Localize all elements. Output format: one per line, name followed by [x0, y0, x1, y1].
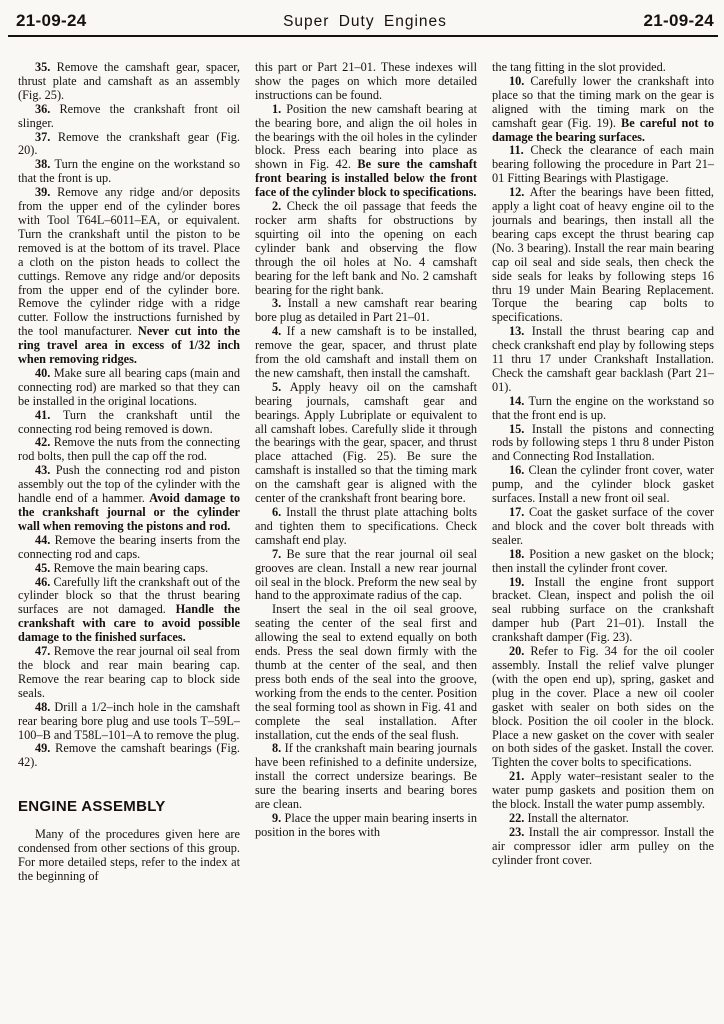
step-number: 23. — [509, 825, 529, 839]
body-text: Insert the seal in the oil seal groove, … — [255, 602, 477, 741]
step-paragraph: 4. If a new camshaft is to be installed,… — [255, 325, 477, 381]
step-number: 21. — [509, 769, 531, 783]
step-paragraph: 14. Turn the engine on the workstand so … — [492, 395, 714, 423]
step-number: 42. — [35, 435, 54, 449]
step-number: 48. — [35, 700, 54, 714]
step-number: 45. — [35, 561, 53, 575]
step-paragraph: 2. Check the oil passage that feeds the … — [255, 200, 477, 297]
body-text: Remove any ridge and/or deposits from th… — [18, 185, 240, 338]
step-paragraph: 9. Place the upper main bearing inserts … — [255, 812, 477, 840]
body-text: Apply heavy oil on the camshaft bearing … — [255, 380, 477, 505]
step-number: 4. — [272, 324, 287, 338]
step-paragraph: 44. Remove the bearing inserts from the … — [18, 534, 240, 562]
step-number: 41. — [35, 408, 63, 422]
step-paragraph: 12. After the bearings have been fitted,… — [492, 186, 714, 325]
manual-page: 21-09-24 Super Duty Engines 21-09-24 35.… — [0, 0, 724, 1024]
step-paragraph: 15. Install the pistons and connecting r… — [492, 423, 714, 465]
step-paragraph: 17. Coat the gasket surface of the cover… — [492, 506, 714, 548]
step-paragraph: 11. Check the clearance of each main bea… — [492, 144, 714, 186]
step-number: 47. — [35, 644, 54, 658]
paragraph: this part or Part 21–01. These indexes w… — [255, 61, 477, 103]
step-number: 17. — [509, 505, 529, 519]
step-paragraph: 3. Install a new camshaft rear bearing b… — [255, 297, 477, 325]
section-heading: ENGINE ASSEMBLY — [18, 800, 240, 814]
body-text: Check the oil passage that feeds the roc… — [255, 199, 477, 296]
page-title: Super Duty Engines — [86, 13, 643, 31]
text-columns: 35. Remove the camshaft gear, spacer, th… — [0, 37, 724, 999]
step-paragraph: 39. Remove any ridge and/or deposits fro… — [18, 186, 240, 367]
body-text: Be sure that the rear journal oil seal g… — [255, 547, 477, 603]
step-paragraph: 43. Push the connecting rod and piston a… — [18, 464, 240, 534]
step-number: 46. — [35, 575, 53, 589]
step-number: 36. — [35, 102, 59, 116]
step-number: 14. — [509, 394, 529, 408]
step-paragraph: 46. Carefully lift the crankshaft out of… — [18, 576, 240, 646]
text-column-middle: this part or Part 21–01. These indexes w… — [255, 61, 477, 999]
step-paragraph: 37. Remove the crankshaft gear (Fig. 20)… — [18, 131, 240, 159]
step-paragraph: 47. Remove the rear journal oil seal fro… — [18, 645, 240, 701]
step-paragraph: 7. Be sure that the rear journal oil sea… — [255, 548, 477, 604]
paragraph: the tang fitting in the slot provided. — [492, 61, 714, 75]
body-text: this part or Part 21–01. These indexes w… — [255, 61, 477, 102]
body-text: Remove the main bearing caps. — [53, 561, 208, 575]
step-paragraph: 5. Apply heavy oil on the camshaft beari… — [255, 381, 477, 506]
step-paragraph: 16. Clean the cylinder front cover, wate… — [492, 464, 714, 506]
step-number: 35. — [35, 61, 57, 74]
step-paragraph: 6. Install the thrust plate attaching bo… — [255, 506, 477, 548]
step-number: 43. — [35, 463, 56, 477]
body-text: the tang fitting in the slot provided. — [492, 61, 666, 74]
step-paragraph: 35. Remove the camshaft gear, spacer, th… — [18, 61, 240, 103]
step-number: 15. — [509, 422, 532, 436]
step-number: 18. — [509, 547, 529, 561]
step-number: 38. — [35, 157, 55, 171]
body-text: After the bearings have been fitted, app… — [492, 185, 714, 324]
step-paragraph: 22. Install the alternator. — [492, 812, 714, 826]
step-paragraph: 23. Install the air compressor. Install … — [492, 826, 714, 868]
page-code-left: 21-09-24 — [16, 11, 86, 31]
body-text: If the crankshaft main bearing journals … — [255, 741, 477, 811]
step-paragraph: 41. Turn the crankshaft until the connec… — [18, 409, 240, 437]
page-code-right: 21-09-24 — [644, 11, 714, 31]
step-paragraph: 13. Install the thrust bearing cap and c… — [492, 325, 714, 395]
body-text: Place the upper main bearing inserts in … — [255, 811, 477, 839]
step-number: 16. — [509, 463, 528, 477]
step-paragraph: 1. Position the new camshaft bearing at … — [255, 103, 477, 200]
body-text: Refer to Fig. 34 for the oil cooler asse… — [492, 644, 714, 769]
step-number: 22. — [509, 811, 527, 825]
body-text: Install the thrust plate attaching bolts… — [255, 505, 477, 547]
step-number: 20. — [509, 644, 530, 658]
paragraph: Many of the procedures given here are co… — [18, 828, 240, 884]
step-number: 37. — [35, 130, 58, 144]
step-number: 13. — [509, 324, 532, 338]
step-number: 1. — [272, 102, 286, 116]
text-column-left: 35. Remove the camshaft gear, spacer, th… — [18, 61, 240, 999]
text-column-right: the tang fitting in the slot provided.10… — [492, 61, 714, 999]
step-number: 40. — [35, 366, 54, 380]
step-number: 19. — [509, 575, 534, 589]
step-number: 39. — [35, 185, 57, 199]
step-number: 8. — [272, 741, 285, 755]
step-number: 11. — [509, 143, 530, 157]
step-number: 5. — [272, 380, 290, 394]
step-number: 7. — [272, 547, 287, 561]
step-paragraph: 38. Turn the engine on the workstand so … — [18, 158, 240, 186]
step-paragraph: 49. Remove the camshaft bearings (Fig. 4… — [18, 742, 240, 770]
step-number: 3. — [272, 296, 288, 310]
step-paragraph: 36. Remove the crankshaft front oil slin… — [18, 103, 240, 131]
step-number: 49. — [35, 741, 55, 755]
step-paragraph: 40. Make sure all bearing caps (main and… — [18, 367, 240, 409]
step-number: 12. — [509, 185, 530, 199]
step-paragraph: 21. Apply water–resistant sealer to the … — [492, 770, 714, 812]
step-paragraph: 45. Remove the main bearing caps. — [18, 562, 240, 576]
step-paragraph: 19. Install the engine front support bra… — [492, 576, 714, 646]
step-paragraph: 42. Remove the nuts from the connecting … — [18, 436, 240, 464]
step-paragraph: 18. Position a new gasket on the block; … — [492, 548, 714, 576]
body-text: Install a new camshaft rear bearing bore… — [255, 296, 477, 324]
step-number: 44. — [35, 533, 55, 547]
body-text: If a new camshaft is to be installed, re… — [255, 324, 477, 380]
body-text: Many of the procedures given here are co… — [18, 827, 240, 883]
step-paragraph: 48. Drill a 1/2–inch hole in the camshaf… — [18, 701, 240, 743]
step-number: 10. — [509, 74, 530, 88]
step-number: 9. — [272, 811, 285, 825]
body-text: Install the alternator. — [527, 811, 628, 825]
step-paragraph: 20. Refer to Fig. 34 for the oil cooler … — [492, 645, 714, 770]
step-paragraph: 10. Carefully lower the crankshaft into … — [492, 75, 714, 145]
step-number: 6. — [272, 505, 286, 519]
step-paragraph: 8. If the crankshaft main bearing journa… — [255, 742, 477, 812]
page-header: 21-09-24 Super Duty Engines 21-09-24 — [0, 0, 724, 31]
paragraph: Insert the seal in the oil seal groove, … — [255, 603, 477, 742]
step-number: 2. — [272, 199, 287, 213]
